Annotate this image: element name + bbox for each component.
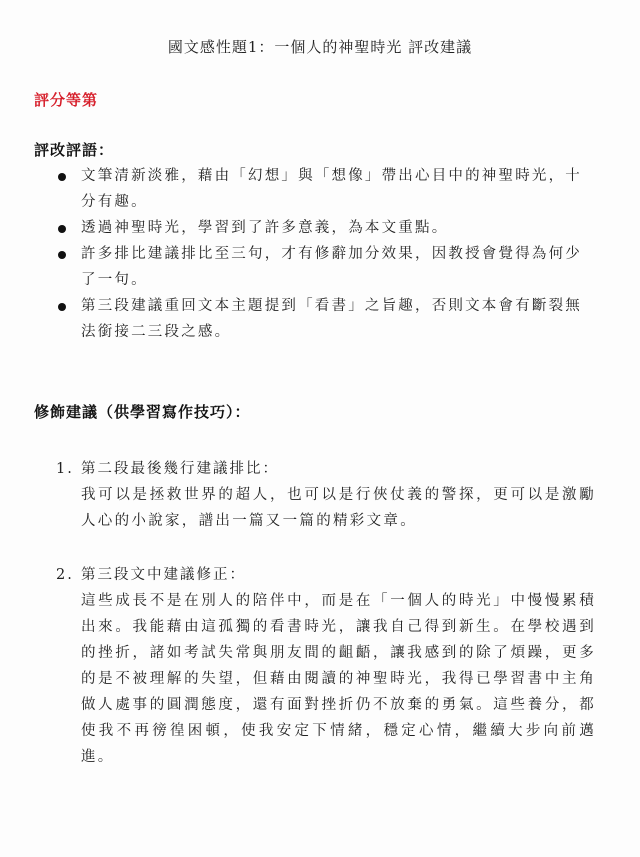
comment-text: 文筆清新淡雅，藉由「幻想」與「想像」帶出心目中的神聖時光，十分有趣。 <box>81 168 582 210</box>
suggestion-number: 1. <box>56 456 78 482</box>
suggestion-text: 我可以是拯救世界的超人，也可以是行俠仗義的警探，更可以是激勵人心的小說家，譜出一… <box>56 482 596 534</box>
bullet-icon <box>58 251 66 259</box>
suggestion-title-row: 2. 第三段文中建議修正： <box>56 562 596 588</box>
comment-item: 第三段建議重回文本主題提到「看書」之旨趣，否則文本會有斷裂無法銜接二三段之感。 <box>54 293 594 345</box>
suggestion-item: 1. 第二段最後幾行建議排比： 我可以是拯救世界的超人，也可以是行俠仗義的警探，… <box>56 456 596 534</box>
document-page: 國文感性題1：一個人的神聖時光 評改建議 評分等第 評改評語： 文筆清新淡雅，藉… <box>0 0 640 857</box>
suggestion-text: 這些成長不是在別人的陪伴中，而是在「一個人的時光」中慢慢累積出來。我能藉由這孤獨… <box>56 588 596 770</box>
comment-text: 透過神聖時光，學習到了許多意義，為本文重點。 <box>81 220 448 236</box>
comment-text: 許多排比建議排比至三句，才有修辭加分效果，因教授會覺得為何少了一句。 <box>81 246 582 288</box>
comments-list: 文筆清新淡雅，藉由「幻想」與「想像」帶出心目中的神聖時光，十分有趣。 透過神聖時… <box>54 163 594 345</box>
bullet-icon <box>58 173 66 181</box>
comment-item: 許多排比建議排比至三句，才有修辭加分效果，因教授會覺得為何少了一句。 <box>54 241 594 293</box>
suggestion-number: 2. <box>56 562 78 588</box>
comment-text: 第三段建議重回文本主題提到「看書」之旨趣，否則文本會有斷裂無法銜接二三段之感。 <box>81 298 582 340</box>
comment-item: 文筆清新淡雅，藉由「幻想」與「想像」帶出心目中的神聖時光，十分有趣。 <box>54 163 594 215</box>
comment-item: 透過神聖時光，學習到了許多意義，為本文重點。 <box>54 215 594 241</box>
comments-heading: 評改評語： <box>34 139 114 160</box>
suggestion-title-row: 1. 第二段最後幾行建議排比： <box>56 456 596 482</box>
bullet-icon <box>58 303 66 311</box>
bullet-icon <box>58 225 66 233</box>
document-title: 國文感性題1：一個人的神聖時光 評改建議 <box>0 36 640 57</box>
grade-label: 評分等第 <box>34 89 98 110</box>
suggestion-item: 2. 第三段文中建議修正： 這些成長不是在別人的陪伴中，而是在「一個人的時光」中… <box>56 562 596 770</box>
suggestion-title: 第二段最後幾行建議排比： <box>56 456 596 482</box>
suggestions-heading: 修飾建議（供學習寫作技巧）： <box>34 401 251 422</box>
suggestion-title: 第三段文中建議修正： <box>56 562 596 588</box>
